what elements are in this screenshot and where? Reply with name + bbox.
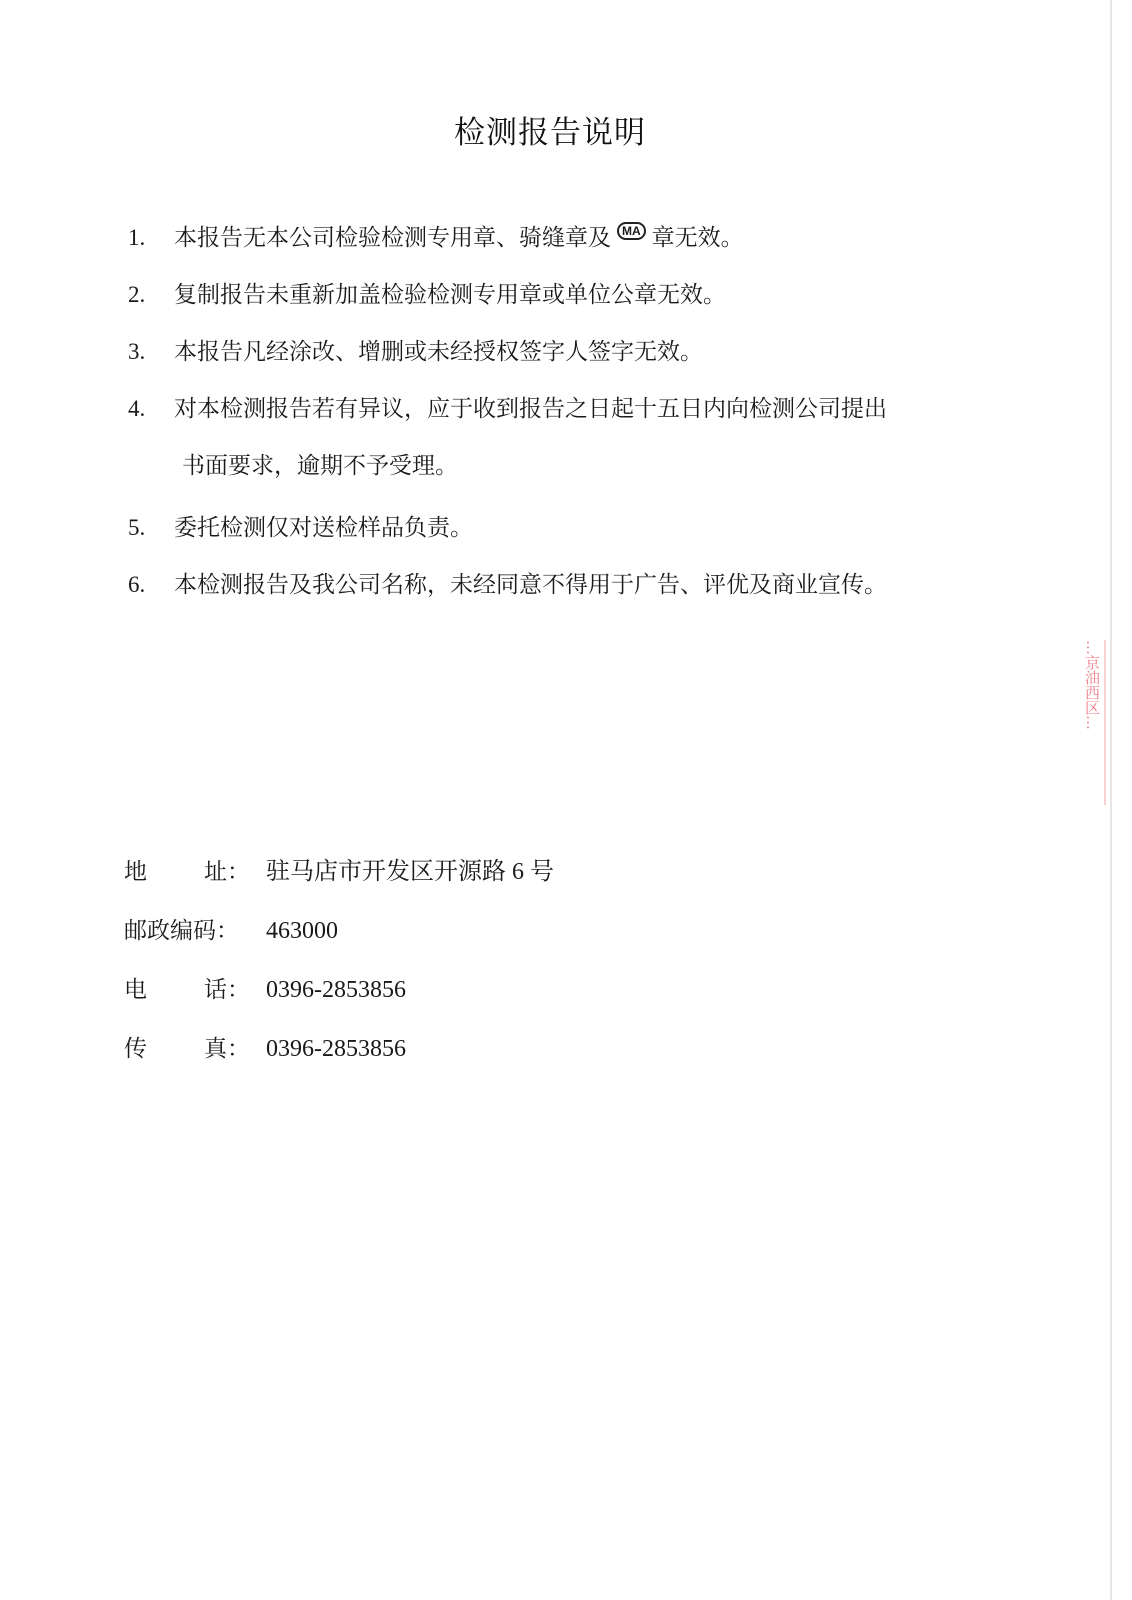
note-text-before: 本报告无本公司检验检测专用章、骑缝章及: [174, 225, 611, 251]
notes-list: 1. 本报告无本公司检验检测专用章、骑缝章及MA章无效。 2. 复制报告未重新加…: [128, 218, 1008, 622]
page-title: 检测报告说明: [0, 107, 1100, 152]
page-edge: [1110, 0, 1112, 1600]
note-number: 6.: [128, 565, 172, 605]
note-item-2: 2. 复制报告未重新加盖检验检测专用章或单位公章无效。: [128, 275, 1008, 332]
note-item-4-continuation: 书面要求，逾期不予受理。: [128, 446, 1008, 508]
note-item-6: 6. 本检测报告及我公司名称，未经同意不得用于广告、评优及商业宣传。: [128, 565, 1008, 622]
note-number: 2.: [128, 275, 172, 315]
note-item-1: 1. 本报告无本公司检验检测专用章、骑缝章及MA章无效。: [128, 218, 1008, 275]
cma-mark-icon: MA: [617, 222, 646, 240]
contact-value: 驻马店市开发区开源路 6 号: [266, 852, 554, 892]
note-text: 本检测报告及我公司名称，未经同意不得用于广告、评优及商业宣传。: [174, 565, 887, 605]
note-text: 本报告无本公司检验检测专用章、骑缝章及MA章无效。: [174, 218, 744, 258]
contact-value: 0396-2853856: [266, 970, 406, 1010]
note-number: 3.: [128, 332, 172, 372]
note-text: 本报告凡经涂改、增删或未经授权签字人签字无效。: [174, 332, 703, 372]
note-number: 1.: [128, 218, 172, 258]
note-text: 复制报告未重新加盖检验检测专用章或单位公章无效。: [174, 275, 726, 315]
note-item-4: 4. 对本检测报告若有异议，应于收到报告之日起十五日内向检测公司提出: [128, 389, 1008, 446]
note-text: 委托检测仅对送检样品负责。: [174, 508, 473, 548]
note-number: 5.: [128, 508, 172, 548]
note-text: 对本检测报告若有异议，应于收到报告之日起十五日内向检测公司提出: [174, 389, 887, 429]
note-text: 书面要求，逾期不予受理。: [182, 446, 458, 486]
note-number: 4.: [128, 389, 172, 429]
contact-value: 0396-2853856: [266, 1029, 406, 1069]
note-item-3: 3. 本报告凡经涂改、增删或未经授权签字人签字无效。: [128, 332, 1008, 389]
note-item-5: 5. 委托检测仅对送检样品负责。: [128, 508, 1008, 565]
seal-stamp-fragment: …京油西区…: [1082, 640, 1106, 805]
note-text-after: 章无效。: [652, 225, 744, 251]
contact-value: 463000: [266, 911, 338, 951]
